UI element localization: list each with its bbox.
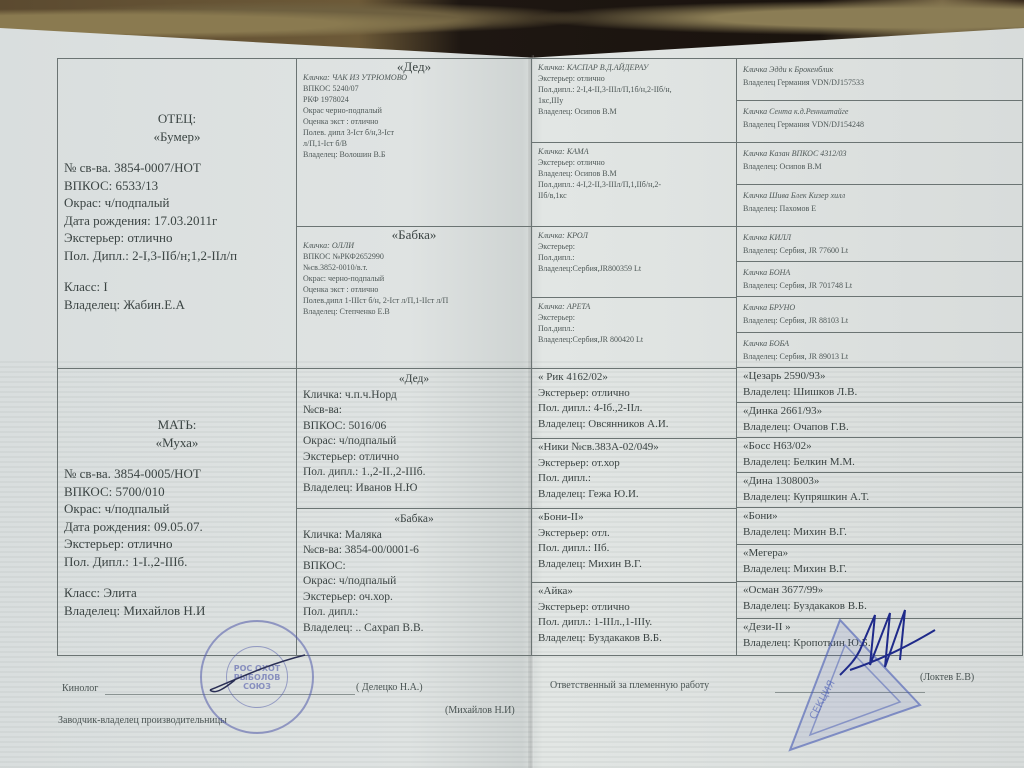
dog-name: «Босс Н63/02» <box>743 439 1016 455</box>
great-great-grandparent-cell: «Дина 1308003»Владелец: Купряшкин А.Т. <box>737 473 1022 508</box>
dog-name: Кличка БОНА <box>743 266 1016 279</box>
dog-name: Кличка: КРОЛ <box>538 230 730 241</box>
owner: Владелец: Купряшкин А.Т. <box>743 490 1016 506</box>
grandparents-column: «Дед» Кличка: ЧАК ИЗ УТРЮМОВОВПКОС 5240/… <box>297 59 532 655</box>
owner: Владелец: Сербия, JR 88103 Lt <box>743 314 1016 327</box>
detail-line: Владелец:Сербия,JR800359 Lt <box>538 263 730 274</box>
detail-line: Пол. дипл.: 1.,2-II.,2-IIIб. <box>303 465 525 481</box>
owner: Владелец: Сербия, JR 89013 Lt <box>743 350 1016 363</box>
dog-name: «Ники №св.383А-02/049» <box>538 440 730 456</box>
detail-line: Владелец: Осипов В.М <box>538 168 730 179</box>
detail-line: Пол. дипл.: <box>538 471 730 487</box>
dog-name: Кличка Сента к.д.Реннштайге <box>743 105 1016 118</box>
detail-line: Экстерьер: отлично <box>538 157 730 168</box>
dog-name: Кличка Шива Блек Кизер хилл <box>743 189 1016 202</box>
mother-vkos: ВПКОС: 5700/010 <box>64 483 290 501</box>
owner: Владелец: Сербия, JR 77600 Lt <box>743 244 1016 257</box>
detail-line: Кличка: ч.п.ч.Норд <box>303 388 525 404</box>
great-great-grandparent-cell: Кличка КИЛЛВладелец: Сербия, JR 77600 Lt <box>737 227 1022 262</box>
great-grandparent-cell: «Ники №св.383А-02/049»Экстерьер: от.хорП… <box>532 439 736 509</box>
detail-line: Владелец: Буздакаков В.Б. <box>538 631 730 647</box>
great-great-grandparent-cell: «Мегера»Владелец: Михин В.Г. <box>737 545 1022 582</box>
paternal-grandfather-cell: «Дед» Кличка: ЧАК ИЗ УТРЮМОВОВПКОС 5240/… <box>297 59 531 227</box>
paternal-grandmother-cell: «Бабка» Кличка: ОЛЛИВПКОС №РКФ2652990№св… <box>297 227 531 369</box>
great-grandparent-cell: Кличка: КРОЛЭкстерьер:Пол.дипл.:Владелец… <box>532 227 736 298</box>
owner: Владелец: Пахомов Е <box>743 202 1016 215</box>
detail-line: IIб/в,1кс <box>538 190 730 201</box>
father-class: Класс: I <box>64 278 290 296</box>
father-name: «Бумер» <box>64 128 290 146</box>
great-grandparent-cell: «Айка»Экстерьер: отличноПол. дипл.: 1-II… <box>532 583 736 657</box>
great-grandparent-cell: Кличка: КАМАЭкстерьер: отличноВладелец: … <box>532 143 736 227</box>
dog-name: Кличка: КАМА <box>538 146 730 157</box>
detail-line: №св-ва: 3854-00/0001-6 <box>303 543 525 559</box>
dog-name: «Бони» <box>743 509 1016 525</box>
dog-name: Кличка: КАСПАР В.Д.АЙДЕРАУ <box>538 62 730 73</box>
breeder-name: (Михайлов Н.И) <box>445 705 515 716</box>
mother-diplomas: Пол. Дипл.: 1-I.,2-IIIб. <box>64 553 290 571</box>
cynologist-signature <box>205 650 315 700</box>
detail-line: Пол.дипл.: <box>538 252 730 263</box>
great-great-grandparent-cell: Кличка Казан ВПКОС 4312/03Владелец: Осип… <box>737 143 1022 185</box>
father-exterior: Экстерьер: отлично <box>64 229 290 247</box>
responsible-signature <box>830 605 940 685</box>
owner: Владелец Германия VDN/DJ154248 <box>743 118 1016 131</box>
maternal-grandfather-cell: «Дед» Кличка: ч.п.ч.Норд№св-ва:ВПКОС: 50… <box>297 369 531 509</box>
great-grandparent-cell: Кличка: КАСПАР В.Д.АЙДЕРАУЭкстерьер: отл… <box>532 59 736 143</box>
maternal-grandmother-title: «Бабка» <box>303 512 525 528</box>
detail-line: Владелец: Осипов В.М <box>538 106 730 117</box>
detail-line: Владелец: Гежа Ю.И. <box>538 487 730 503</box>
detail-line: ВПКОС 5240/07 <box>303 83 525 94</box>
great-great-grandparent-cell: «Босс Н63/02»Владелец: Белкин М.М. <box>737 438 1022 473</box>
parents-column: ОТЕЦ: «Бумер» № св-ва. 3854-0007/НОТ ВПК… <box>58 59 297 655</box>
great-great-grandparent-cell: «Бони»Владелец: Михин В.Г. <box>737 508 1022 545</box>
dog-name: «Цезарь 2590/93» <box>743 369 1016 385</box>
detail-line: л/П,1-Iст б/В <box>303 138 525 149</box>
great-great-grandparent-cell: «Динка 2661/93»Владелец: Очапов Г.В. <box>737 403 1022 438</box>
dog-name: «Динка 2661/93» <box>743 404 1016 420</box>
detail-line: Пол. дипл.: <box>303 605 525 621</box>
detail-line: Окрас: черно-подпалый <box>303 273 525 284</box>
father-cell: ОТЕЦ: «Бумер» № св-ва. 3854-0007/НОТ ВПК… <box>58 59 296 369</box>
dog-name: «Мегера» <box>743 546 1016 562</box>
mother-class: Класс: Элита <box>64 584 290 602</box>
detail-line: Пол. дипл.: 1-IIIл.,1-IIIу. <box>538 615 730 631</box>
mother-name: «Муха» <box>64 434 290 452</box>
mother-cell: МАТЬ: «Муха» № св-ва. 3854-0005/НОТ ВПКО… <box>58 369 296 657</box>
maternal-grandmother-cell: «Бабка» Кличка: Маляка№св-ва: 3854-00/00… <box>297 509 531 657</box>
mother-birth: Дата рождения: 09.05.07. <box>64 518 290 536</box>
detail-line: Владелец: Михин В.Г. <box>538 557 730 573</box>
detail-line: Оценка экст : отлично <box>303 116 525 127</box>
detail-line: Владелец: .. Сахрап В.В. <box>303 621 525 637</box>
detail-line: Экстерьер: оч.хор. <box>303 590 525 606</box>
mother-exterior: Экстерьер: отлично <box>64 535 290 553</box>
owner: Владелец: Осипов В.М <box>743 160 1016 173</box>
detail-line: Окрас черно-подпалый <box>303 105 525 116</box>
detail-line: Пол. дипл.: 4-Iб.,2-IIл. <box>538 401 730 417</box>
dog-name: Кличка: АРЕТА <box>538 301 730 312</box>
great-great-grandparent-cell: Кличка Шива Блек Кизер хиллВладелец: Пах… <box>737 185 1022 227</box>
detail-line: Полев.дипл 1-IIIст б/н, 2-Iст л/П,1-IIст… <box>303 295 525 306</box>
detail-line: ВПКОС: 5016/06 <box>303 419 525 435</box>
owner: Владелец: Шишков Л.В. <box>743 385 1016 401</box>
detail-line: Пол.дипл.: <box>538 323 730 334</box>
great-grandparent-cell: «Бони-II»Экстерьер: отл.Пол. дипл.: IIб.… <box>532 509 736 583</box>
detail-line: Владелец: Волошин В.Б <box>303 149 525 160</box>
owner: Владелец: Очапов Г.В. <box>743 420 1016 436</box>
pedigree-table: ОТЕЦ: «Бумер» № св-ва. 3854-0007/НОТ ВПК… <box>57 58 1023 656</box>
detail-line: Экстерьер: отл. <box>538 526 730 542</box>
detail-line: Владелец: Иванов Н.Ю <box>303 481 525 497</box>
detail-line: 1кс,IIIу <box>538 95 730 106</box>
paternal-grandfather-details: Кличка: ЧАК ИЗ УТРЮМОВОВПКОС 5240/07РКФ … <box>303 72 525 160</box>
father-diplomas: Пол. Дипл.: 2-I,3-IIб/н;1,2-IIл/п <box>64 247 290 265</box>
maternal-grandfather-details: Кличка: ч.п.ч.Норд№св-ва:ВПКОС: 5016/06О… <box>303 388 525 497</box>
great-great-grandparent-cell: Кличка Сента к.д.РеннштайгеВладелец Герм… <box>737 101 1022 143</box>
paternal-grandmother-details: Кличка: ОЛЛИВПКОС №РКФ2652990№св.3852-00… <box>303 240 525 317</box>
cynologist-name: ( Делецко Н.А.) <box>356 682 423 693</box>
owner: Владелец: Белкин М.М. <box>743 455 1016 471</box>
father-role: ОТЕЦ: <box>64 110 290 128</box>
owner: Владелец Германия VDN/DJ157533 <box>743 76 1016 89</box>
maternal-grandfather-title: «Дед» <box>303 372 525 388</box>
great-grandparents-column: Кличка: КАСПАР В.Д.АЙДЕРАУЭкстерьер: отл… <box>532 59 737 655</box>
detail-line: Оценка экст : отлично <box>303 284 525 295</box>
dog-name: «Дина 1308003» <box>743 474 1016 490</box>
great-great-grandparent-cell: Кличка БОНАВладелец: Сербия, JR 701748 L… <box>737 262 1022 297</box>
detail-line: Окрас: ч/подпалый <box>303 574 525 590</box>
detail-line: Владелец:Сербия,JR 800420 Lt <box>538 334 730 345</box>
detail-line: Владелец: Овсянников А.И. <box>538 417 730 433</box>
great-great-grandparents-column: Кличка Эдди к БрокенбликВладелец Германи… <box>737 59 1022 655</box>
responsible-label: Ответственный за племенную работу <box>550 680 709 691</box>
great-grandparent-cell: Кличка: АРЕТАЭкстерьер:Пол.дипл.:Владеле… <box>532 298 736 369</box>
detail-line: Кличка: Маляка <box>303 528 525 544</box>
detail-line: Экстерьер: отлично <box>538 386 730 402</box>
mother-reg-no: № св-ва. 3854-0005/НОТ <box>64 465 290 483</box>
detail-line: Экстерьер: от.хор <box>538 456 730 472</box>
dog-name: Кличка Эдди к Брокенблик <box>743 63 1016 76</box>
owner: Владелец: Михин В.Г. <box>743 525 1016 541</box>
dog-name: «Айка» <box>538 584 730 600</box>
owner: Владелец: Сербия, JR 701748 Lt <box>743 279 1016 292</box>
father-birth: Дата рождения: 17.03.2011г <box>64 212 290 230</box>
father-color: Окрас: ч/подпалый <box>64 194 290 212</box>
father-owner: Владелец: Жабин.Е.А <box>64 296 290 314</box>
detail-line: Экстерьер: <box>538 241 730 252</box>
dog-name: « Рик 4162/02» <box>538 370 730 386</box>
detail-line: Экстерьер: <box>538 312 730 323</box>
mother-owner: Владелец: Михайлов Н.И <box>64 602 290 620</box>
great-great-grandparent-cell: Кличка Эдди к БрокенбликВладелец Германи… <box>737 59 1022 101</box>
great-great-grandparent-cell: «Цезарь 2590/93»Владелец: Шишков Л.В. <box>737 368 1022 403</box>
dog-name: «Осман 3677/99» <box>743 583 1016 599</box>
mother-role: МАТЬ: <box>64 416 290 434</box>
father-vkos: ВПКОС: 6533/13 <box>64 177 290 195</box>
detail-line: Владелец: Степченко Е.В <box>303 306 525 317</box>
dog-name: Кличка Казан ВПКОС 4312/03 <box>743 147 1016 160</box>
detail-line: РКФ 1978024 <box>303 94 525 105</box>
great-great-grandparent-cell: Кличка БОБАВладелец: Сербия, JR 89013 Lt <box>737 333 1022 368</box>
detail-line: Экстерьер: отлично <box>303 450 525 466</box>
detail-line: Пол.дипл.: 2-I,4-II,3-IIIл/П,1б/н,2-IIб/… <box>538 84 730 95</box>
detail-line: ВПКОС: <box>303 559 525 575</box>
maternal-grandmother-details: Кличка: Маляка№св-ва: 3854-00/0001-6ВПКО… <box>303 528 525 637</box>
detail-line: Окрас: ч/подпалый <box>303 434 525 450</box>
breeder-label: Заводчик-владелец производительницы <box>58 715 227 726</box>
dog-name: Кличка БРУНО <box>743 301 1016 314</box>
dog-name: Кличка КИЛЛ <box>743 231 1016 244</box>
detail-line: №св.3852-0010/в.т. <box>303 262 525 273</box>
father-reg-no: № св-ва. 3854-0007/НОТ <box>64 159 290 177</box>
detail-line: Полев. дипл 3-Iст б/н,3-Iст <box>303 127 525 138</box>
owner: Владелец: Михин В.Г. <box>743 562 1016 578</box>
detail-line: №св-ва: <box>303 403 525 419</box>
paternal-grandfather-title: «Дед» <box>303 61 525 72</box>
cynologist-label: Кинолог <box>62 683 98 694</box>
mother-color: Окрас: ч/подпалый <box>64 500 290 518</box>
paternal-grandmother-title: «Бабка» <box>303 229 525 240</box>
detail-line: Экстерьер: отлично <box>538 73 730 84</box>
great-great-grandparent-cell: Кличка БРУНОВладелец: Сербия, JR 88103 L… <box>737 297 1022 333</box>
detail-line: ВПКОС №РКФ2652990 <box>303 251 525 262</box>
detail-line: Пол. дипл.: IIб. <box>538 541 730 557</box>
dog-name: «Бони-II» <box>538 510 730 526</box>
great-grandparent-cell: « Рик 4162/02»Экстерьер: отличноПол. дип… <box>532 369 736 439</box>
detail-line: Пол.дипл.: 4-I,2-II,3-IIIл/П,1,IIб/н,2- <box>538 179 730 190</box>
dog-name: Кличка БОБА <box>743 337 1016 350</box>
detail-line: Экстерьер: отлично <box>538 600 730 616</box>
